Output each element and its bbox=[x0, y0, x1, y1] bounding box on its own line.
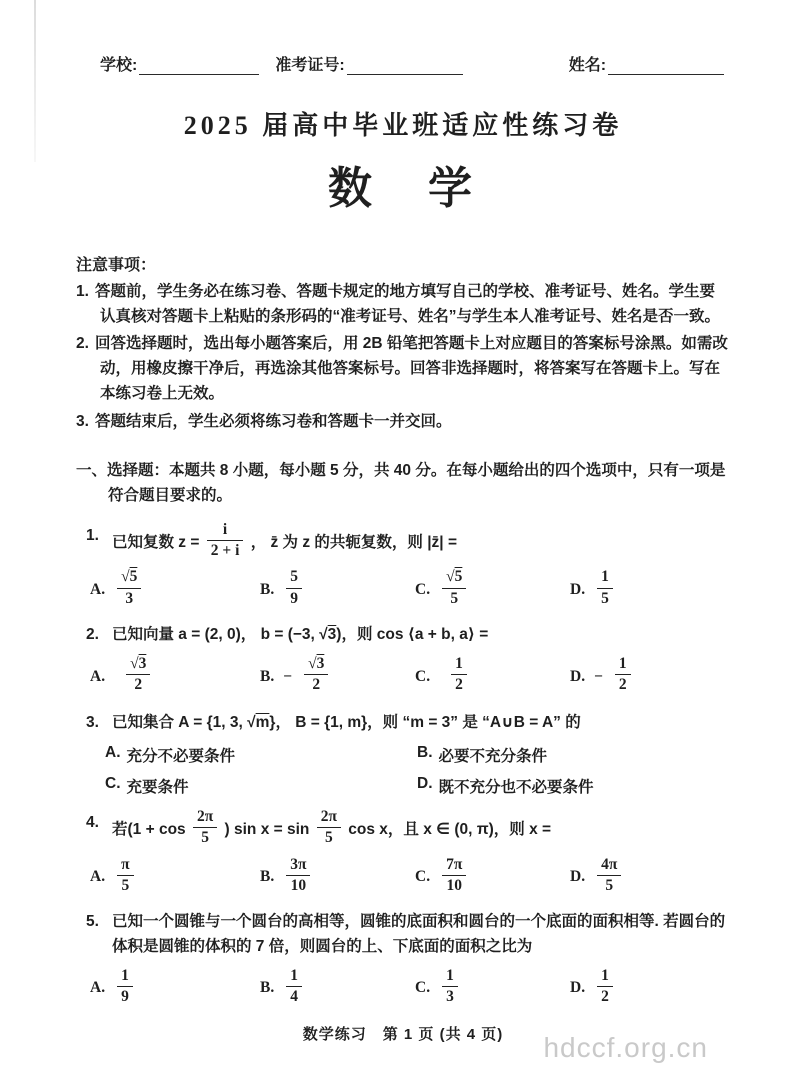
option-label: C. bbox=[415, 868, 430, 886]
fraction: 7π10 bbox=[442, 857, 466, 895]
question-4-options: A. π5 B. 3π10 C. 7π10 D. 4π5 bbox=[90, 859, 730, 897]
fraction-denominator: 5 bbox=[117, 876, 134, 894]
option-d: D. 15 bbox=[570, 571, 725, 609]
option-label: A. bbox=[90, 979, 105, 997]
notice-item-number: 2. bbox=[76, 335, 95, 352]
fraction-numerator: 3π bbox=[286, 857, 310, 876]
notice-item-text: 答题结束后，学生必须将练习卷和答题卡一并交回。 bbox=[95, 413, 452, 430]
fraction-numerator: 1 bbox=[597, 569, 613, 588]
fraction: √53 bbox=[117, 569, 141, 607]
fraction: π5 bbox=[117, 857, 134, 895]
option-a: A. √53 bbox=[90, 571, 260, 609]
option-d: D. − 12 bbox=[570, 658, 725, 696]
fraction-denominator: 2 bbox=[451, 675, 467, 693]
fraction-numerator: 1 bbox=[286, 968, 302, 987]
fraction-numerator: √3 bbox=[304, 656, 328, 675]
name-blank-line bbox=[608, 57, 724, 75]
fraction: 19 bbox=[117, 968, 133, 1006]
stem-text-post: cos x，且 x ∈ (0, π)，则 x = bbox=[348, 821, 551, 838]
fraction-denominator: 2 bbox=[126, 675, 150, 693]
option-label: A. bbox=[105, 744, 121, 766]
question-stem: 已知一个圆锥与一个圆台的高相等，圆锥的底面积和圆台的一个底面的面积相等. 若圆台… bbox=[112, 910, 730, 960]
fraction: 2π5 bbox=[193, 809, 217, 847]
exam-paper-page: 学校: 准考证号: 姓名: 2025 届高中毕业班适应性练习卷 数 学 注意事项… bbox=[0, 0, 800, 1090]
fraction-numerator: 1 bbox=[451, 656, 467, 675]
question-number: 3. bbox=[86, 711, 112, 736]
fraction-numerator: √3 bbox=[126, 656, 150, 675]
question-3-options: A. 充分不必要条件 B. 必要不充分条件 C. 充要条件 D. 既不充分也不必… bbox=[105, 744, 730, 797]
name-field: 姓名: bbox=[569, 52, 724, 75]
question-number: 2. bbox=[86, 623, 112, 648]
fraction-numerator: 1 bbox=[117, 968, 133, 987]
option-text: 必要不充分条件 bbox=[439, 744, 548, 766]
fraction-denominator: 5 bbox=[317, 828, 341, 846]
fraction: i2 + i bbox=[207, 522, 244, 560]
option-c: C. 7π10 bbox=[415, 859, 570, 897]
fraction-numerator: π bbox=[117, 857, 134, 876]
question-1: 1. 已知复数 z = i2 + i ， z̄ 为 z 的共轭复数，则 |z̄|… bbox=[86, 524, 730, 562]
fraction-numerator: 7π bbox=[442, 857, 466, 876]
fraction-numerator: 2π bbox=[317, 809, 341, 828]
option-label: B. bbox=[417, 744, 433, 766]
notice-heading: 注意事项： bbox=[76, 252, 730, 275]
name-label: 姓名: bbox=[569, 52, 606, 75]
question-number: 5. bbox=[86, 910, 112, 960]
fraction-denominator: 10 bbox=[442, 876, 466, 894]
fraction-numerator: 1 bbox=[442, 968, 458, 987]
fraction: 3π10 bbox=[286, 857, 310, 895]
fraction: 59 bbox=[286, 569, 302, 607]
fraction: 12 bbox=[597, 968, 613, 1006]
option-label: B. bbox=[260, 979, 274, 997]
section-one-heading: 一、选择题：本题共 8 小题，每小题 5 分，共 40 分。在每小题给出的四个选… bbox=[76, 458, 730, 508]
page-content: 学校: 准考证号: 姓名: 2025 届高中毕业班适应性练习卷 数 学 注意事项… bbox=[0, 0, 800, 1044]
fraction: 4π5 bbox=[597, 857, 621, 895]
option-label: C. bbox=[105, 775, 121, 797]
option-c: C. 充要条件 bbox=[105, 775, 417, 797]
option-label: C. bbox=[415, 581, 430, 599]
fraction-denominator: 9 bbox=[117, 987, 133, 1005]
option-a: A. 19 bbox=[90, 970, 260, 1008]
fraction-denominator: 2 bbox=[304, 675, 328, 693]
fraction-denominator: 5 bbox=[597, 589, 613, 607]
fraction: 12 bbox=[615, 656, 631, 694]
fraction: 13 bbox=[442, 968, 458, 1006]
fraction: 14 bbox=[286, 968, 302, 1006]
option-a: A. √32 bbox=[90, 658, 260, 696]
fraction-numerator: 1 bbox=[597, 968, 613, 987]
notice-item-2: 2.回答选择题时，选出每小题答案后，用 2B 铅笔把答题卡上对应题目的答案标号涂… bbox=[76, 331, 730, 406]
fill-in-header: 学校: 准考证号: 姓名: bbox=[76, 52, 730, 75]
question-2: 2. 已知向量 a = (2, 0)， b = (−3, √3)，则 cos ⟨… bbox=[86, 623, 730, 648]
fraction-numerator: 5 bbox=[286, 569, 302, 588]
minus-sign: − bbox=[283, 668, 292, 686]
option-label: B. bbox=[260, 581, 274, 599]
fraction: √32 bbox=[304, 656, 328, 694]
fraction-numerator: 4π bbox=[597, 857, 621, 876]
option-c: C. 13 bbox=[415, 970, 570, 1008]
fraction-numerator: 2π bbox=[193, 809, 217, 828]
option-label: D. bbox=[570, 979, 585, 997]
fraction-denominator: 3 bbox=[117, 589, 141, 607]
stem-text-pre: 已知复数 z = bbox=[112, 534, 199, 551]
option-b: B. 14 bbox=[260, 970, 415, 1008]
fraction-denominator: 9 bbox=[286, 589, 302, 607]
question-1-options: A. √53 B. 59 C. √55 D. 15 bbox=[90, 571, 730, 609]
fraction: √55 bbox=[442, 569, 466, 607]
fraction-numerator: i bbox=[207, 522, 244, 541]
option-label: D. bbox=[417, 775, 433, 797]
option-label: B. bbox=[260, 868, 274, 886]
option-label: D. bbox=[570, 668, 585, 686]
question-3: 3. 已知集合 A = {1, 3, √m}， B = {1, m}，则 “m … bbox=[86, 711, 730, 736]
fraction: 12 bbox=[451, 656, 467, 694]
fraction-denominator: 2 + i bbox=[207, 541, 244, 559]
fraction: 15 bbox=[597, 569, 613, 607]
option-text: 充分不必要条件 bbox=[127, 744, 236, 766]
option-label: B. bbox=[260, 668, 274, 686]
fraction-numerator: 1 bbox=[615, 656, 631, 675]
exam-no-blank-line bbox=[347, 57, 463, 75]
question-5: 5. 已知一个圆锥与一个圆台的高相等，圆锥的底面积和圆台的一个底面的面积相等. … bbox=[86, 910, 730, 960]
fraction-denominator: 4 bbox=[286, 987, 302, 1005]
school-field: 学校: bbox=[100, 52, 259, 75]
fraction-denominator: 5 bbox=[442, 589, 466, 607]
notice-item-1: 1.答题前，学生务必在练习卷、答题卡规定的地方填写自己的学校、准考证号、姓名。学… bbox=[76, 279, 730, 329]
subject-title: 数 学 bbox=[76, 152, 730, 216]
option-c: C. 12 bbox=[415, 658, 570, 696]
option-label: D. bbox=[570, 868, 585, 886]
option-b: B. − √32 bbox=[260, 658, 415, 696]
notice-item-number: 3. bbox=[76, 413, 95, 430]
option-c: C. √55 bbox=[415, 571, 570, 609]
notice-item-text: 答题前，学生务必在练习卷、答题卡规定的地方填写自己的学校、准考证号、姓名。学生要… bbox=[95, 283, 720, 325]
fraction-denominator: 3 bbox=[442, 987, 458, 1005]
notice-item-number: 1. bbox=[76, 283, 95, 300]
notice-list: 1.答题前，学生务必在练习卷、答题卡规定的地方填写自己的学校、准考证号、姓名。学… bbox=[76, 279, 730, 434]
option-label: C. bbox=[415, 979, 430, 997]
option-b: B. 59 bbox=[260, 571, 415, 609]
fraction: √32 bbox=[126, 656, 150, 694]
option-a: A. π5 bbox=[90, 859, 260, 897]
question-5-options: A. 19 B. 14 C. 13 D. 12 bbox=[90, 970, 730, 1008]
option-b: B. 必要不充分条件 bbox=[417, 744, 730, 766]
notice-item-3: 3.答题结束后，学生必须将练习卷和答题卡一并交回。 bbox=[76, 409, 730, 434]
option-label: D. bbox=[570, 581, 585, 599]
option-b: B. 3π10 bbox=[260, 859, 415, 897]
stem-text-post: ， z̄ 为 z 的共轭复数，则 |z̄| = bbox=[251, 534, 457, 551]
stem-text-mid: ) sin x = sin bbox=[225, 821, 310, 838]
scan-artifact-line bbox=[34, 0, 36, 162]
question-stem: 已知集合 A = {1, 3, √m}， B = {1, m}，则 “m = 3… bbox=[112, 711, 730, 736]
school-label: 学校: bbox=[100, 52, 137, 75]
fraction-numerator: √5 bbox=[442, 569, 466, 588]
fraction-denominator: 10 bbox=[286, 876, 310, 894]
question-stem: 已知向量 a = (2, 0)， b = (−3, √3)，则 cos ⟨a +… bbox=[112, 623, 730, 648]
fraction-denominator: 2 bbox=[597, 987, 613, 1005]
option-label: A. bbox=[90, 581, 105, 599]
site-watermark: hdccf.org.cn bbox=[543, 1032, 708, 1064]
question-number: 1. bbox=[86, 524, 112, 562]
question-stem: 已知复数 z = i2 + i ， z̄ 为 z 的共轭复数，则 |z̄| = bbox=[112, 524, 730, 562]
school-blank-line bbox=[139, 57, 259, 75]
option-text: 既不充分也不必要条件 bbox=[439, 775, 594, 797]
fraction-denominator: 2 bbox=[615, 675, 631, 693]
fraction-denominator: 5 bbox=[193, 828, 217, 846]
option-label: C. bbox=[415, 668, 430, 686]
option-d: D. 4π5 bbox=[570, 859, 725, 897]
option-text: 充要条件 bbox=[127, 775, 189, 797]
question-4: 4. 若(1 + cos 2π5 ) sin x = sin 2π5 cos x… bbox=[86, 811, 730, 849]
exam-no-label: 准考证号: bbox=[275, 52, 344, 75]
fraction-denominator: 5 bbox=[597, 876, 621, 894]
fraction: 2π5 bbox=[317, 809, 341, 847]
exam-no-field: 准考证号: bbox=[275, 52, 462, 75]
option-label: A. bbox=[90, 668, 105, 686]
notice-item-text: 回答选择题时，选出每小题答案后，用 2B 铅笔把答题卡上对应题目的答案标号涂黑。… bbox=[95, 335, 728, 402]
minus-sign: − bbox=[594, 668, 603, 686]
question-2-options: A. √32 B. − √32 C. 12 D. − 12 bbox=[90, 658, 730, 696]
stem-text-pre: 若(1 + cos bbox=[112, 821, 186, 838]
option-d: D. 既不充分也不必要条件 bbox=[417, 775, 730, 797]
fraction-numerator: √5 bbox=[117, 569, 141, 588]
option-a: A. 充分不必要条件 bbox=[105, 744, 417, 766]
option-d: D. 12 bbox=[570, 970, 725, 1008]
option-label: A. bbox=[90, 868, 105, 886]
question-number: 4. bbox=[86, 811, 112, 849]
question-stem: 若(1 + cos 2π5 ) sin x = sin 2π5 cos x，且 … bbox=[112, 811, 730, 849]
exam-title: 2025 届高中毕业班适应性练习卷 bbox=[76, 105, 730, 142]
